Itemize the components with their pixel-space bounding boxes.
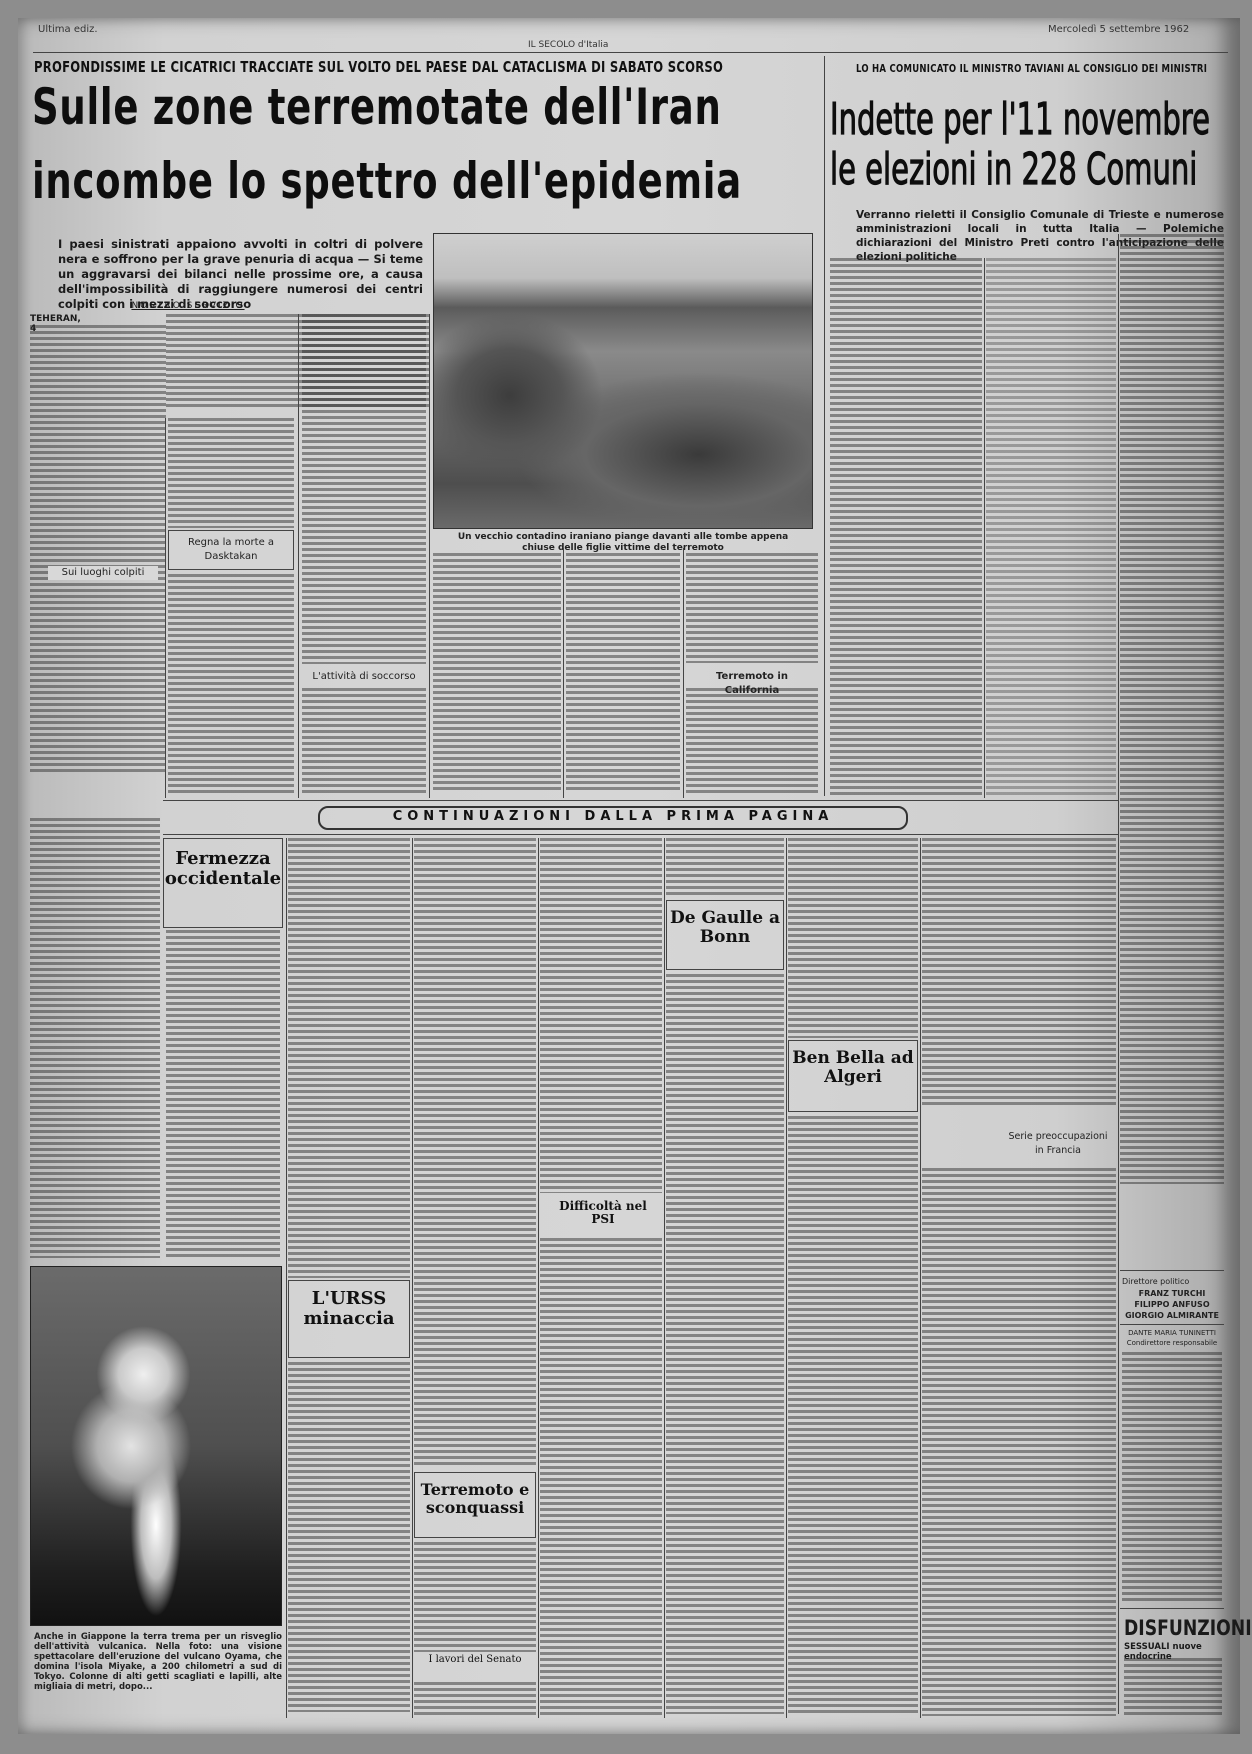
lower-column-6b <box>788 1116 918 1716</box>
folio-edition: Ultima ediz. <box>38 24 98 35</box>
lower-column-0 <box>30 818 160 1258</box>
lower-column-3c <box>414 1682 536 1716</box>
masthead-name-1: FRANZ TURCHI <box>1122 1288 1222 1299</box>
section-divider <box>824 56 825 796</box>
lead-column-3b <box>168 574 294 794</box>
folio-rule <box>33 52 1228 53</box>
lead-headline-line1: Sulle zone terremotate dell'Iran <box>32 82 722 132</box>
lead-column-6 <box>566 553 680 793</box>
lead-column-7 <box>686 553 818 663</box>
column-rule <box>664 838 665 1718</box>
column-rule <box>920 838 921 1718</box>
lower-column-4 <box>540 838 662 1193</box>
box-de-gaulle: De Gaulle a Bonn <box>666 900 784 970</box>
subhead-box: Regna la morte a Dasktakan <box>168 530 294 570</box>
column-rule <box>984 258 985 798</box>
masthead-rule <box>1120 1324 1224 1325</box>
photo-caption-iran: Un vecchio contadino iraniano piange dav… <box>448 532 798 554</box>
lead-headline-line2: incombe lo spettro dell'epidemia <box>32 156 742 206</box>
subhead-soccorso: L'attività di soccorso <box>303 670 425 684</box>
subhead-psi: Difficoltà nel PSI <box>548 1200 658 1226</box>
lead-kicker: PROFONDISSIME LE CICATRICI TRACCIATE SUL… <box>34 58 723 76</box>
box-terremoto: Terremoto e sconquassi <box>414 1472 536 1538</box>
newspaper-page: Ultima ediz. IL SECOLO d'Italia Mercoled… <box>18 18 1240 1734</box>
ad-rule <box>1120 1608 1224 1609</box>
folio-masthead: IL SECOLO d'Italia <box>528 40 608 50</box>
masthead-editor-role: Condirettore responsabile <box>1122 1338 1222 1349</box>
box-title-terremoto: Terremoto e sconquassi <box>415 1473 535 1516</box>
box-fermezza: Fermezza occidentale <box>163 838 283 928</box>
column-rule <box>683 548 684 798</box>
lead-column-1 <box>30 325 166 775</box>
right-column-3 <box>1120 234 1224 1184</box>
banner-rule <box>163 834 1118 835</box>
column-rule <box>563 548 564 798</box>
folio-date: Mercoledì 5 settembre 1962 <box>1048 24 1189 35</box>
photo-caption-volcano: Anche in Giappone la terra trema per un … <box>34 1632 282 1692</box>
lower-column-7b <box>922 1168 1116 1716</box>
box-ben-bella: Ben Bella ad Algeri <box>788 1040 918 1112</box>
subhead-dasktakan: Regna la morte a Dasktakan <box>169 531 293 564</box>
column-rule <box>286 838 287 1718</box>
column-rule <box>786 838 787 1718</box>
ad-body <box>1124 1658 1222 1718</box>
subhead-senato: I lavori del Senato <box>418 1654 532 1665</box>
lower-column-2 <box>288 838 410 1278</box>
right-kicker: LO HA COMUNICATO IL MINISTRO TAVIANI AL … <box>856 62 1207 75</box>
column-rule <box>429 314 430 798</box>
right-column-1 <box>830 258 982 798</box>
lead-column-1b <box>166 314 298 409</box>
box-title-de-gaulle: De Gaulle a Bonn <box>667 901 783 946</box>
masthead-name-3: GIORGIO ALMIRANTE <box>1122 1310 1222 1321</box>
photo-volcano-eruption <box>30 1266 282 1626</box>
masthead-label: Direttore politico <box>1122 1276 1222 1287</box>
right-column-2 <box>986 258 1116 798</box>
photo-iran-farmer <box>433 233 813 529</box>
lower-column-2b <box>288 1362 410 1712</box>
subhead-sui-luoghi: Sui luoghi colpiti <box>48 566 158 580</box>
lead-column-7b <box>686 688 818 794</box>
masthead-name-2: FILIPPO ANFUSO <box>1122 1299 1222 1310</box>
box-title-ben-bella: Ben Bella ad Algeri <box>789 1041 917 1086</box>
lead-byline: NOSTRO SERVIZIO <box>98 301 278 311</box>
column-rule <box>538 838 539 1718</box>
lead-column-5 <box>433 553 561 793</box>
lower-column-5a <box>666 838 784 898</box>
lead-column-4b <box>302 688 426 794</box>
lower-column-6 <box>788 838 918 1038</box>
lower-column-3 <box>414 838 536 1468</box>
column-rule <box>298 314 299 798</box>
lower-column-5 <box>666 974 784 1714</box>
lower-column-7 <box>922 838 1116 1108</box>
column-rule <box>1118 234 1119 1714</box>
masthead-rule <box>1120 1270 1224 1271</box>
banner-rule <box>163 800 1118 801</box>
box-urss: L'URSS minaccia <box>288 1280 410 1358</box>
column-rule <box>412 838 413 1718</box>
box-title-fermezza: Fermezza occidentale <box>164 839 282 889</box>
box-title-urss: L'URSS minaccia <box>289 1281 409 1329</box>
lead-column-3 <box>168 418 294 528</box>
masthead-details <box>1122 1352 1222 1602</box>
subhead-francia: Serie preoccupazioni in Francia <box>1008 1130 1108 1158</box>
lower-column-3b <box>414 1542 536 1652</box>
right-headline-line2: le elezioni in 228 Comuni <box>830 148 1197 192</box>
lower-column-4b <box>540 1238 662 1718</box>
right-headline-line1: Indette per l'11 novembre <box>830 98 1210 142</box>
column-rule <box>165 418 166 798</box>
continuations-banner: CONTINUAZIONI DALLA PRIMA PAGINA <box>318 806 908 830</box>
ad-title: DISFUNZIONI <box>1124 1616 1252 1640</box>
lead-column-4 <box>302 314 426 664</box>
lower-column-1 <box>166 930 280 1260</box>
